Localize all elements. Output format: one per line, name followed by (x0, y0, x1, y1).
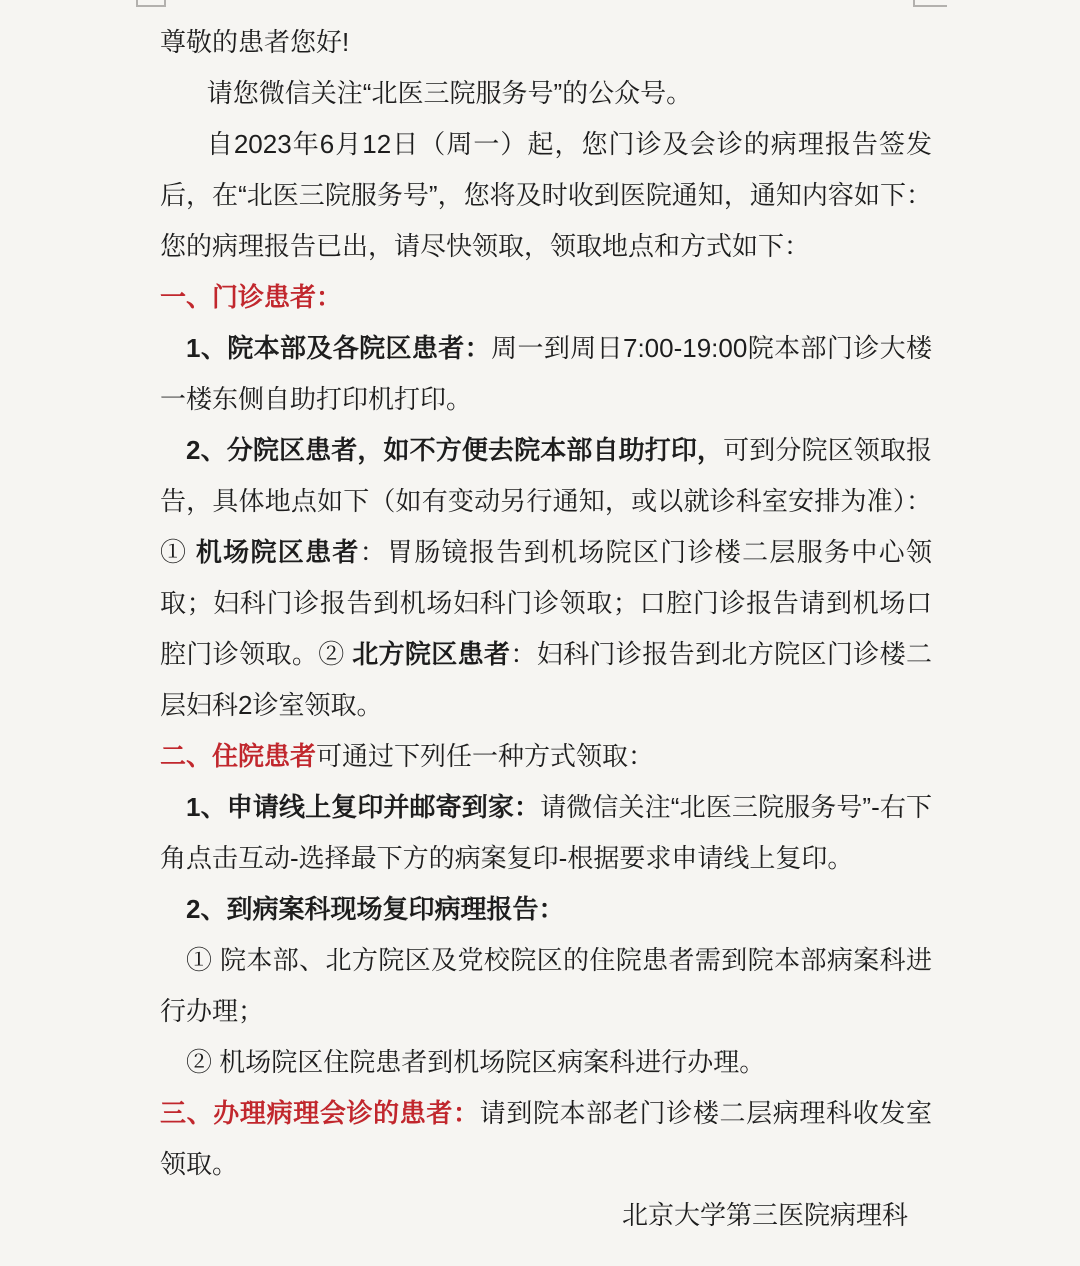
text-segment: 北京大学第三医院病理科 (622, 1200, 908, 1230)
text-segment: 请您微信关注“北医三院服务号”的公众号。 (207, 78, 692, 108)
text-segment: 2、到病案科现场复印病理报告： (186, 894, 564, 924)
text-segment: 尊敬的患者您好! (160, 27, 349, 57)
cropped-box-corner-right (913, 0, 947, 7)
text-segment: ① 院本部、北方院区及党校院区的住院患者需到院本部病案科进行办理； (160, 945, 932, 1026)
text-segment: 可通过下列任一种方式领取： (316, 741, 654, 771)
heading-text-segment: 三、办理病理会诊的患者： (160, 1098, 480, 1128)
text-segment: ② 机场院区住院患者到机场院区病案科进行办理。 (186, 1047, 765, 1077)
section-2-item-2-sub-2: ② 机场院区住院患者到机场院区病案科进行办理。 (160, 1037, 932, 1088)
cropped-box-corner-left (136, 0, 166, 7)
text-segment: 2、分院区患者，如不方便去院本部自助打印， (186, 435, 723, 465)
wechat-follow-line: 请您微信关注“北医三院服务号”的公众号。 (160, 68, 932, 119)
section-2-item-2-sub-1: ① 院本部、北方院区及党校院区的住院患者需到院本部病案科进行办理； (160, 935, 932, 1037)
greeting-line: 尊敬的患者您好! (160, 17, 932, 68)
text-segment: 机场院区患者 (196, 537, 360, 567)
text-segment: 1、院本部及各院区患者： (186, 333, 491, 363)
signature: 北京大学第三医院病理科 (160, 1190, 932, 1241)
text-segment: 北方院区患者 (352, 639, 510, 669)
text-segment: 1、申请线上复印并邮寄到家： (186, 792, 540, 822)
text-segment: 自2023年6月12日（周一）起，您门诊及会诊的病理报告签发后，在“北医三院服务… (160, 129, 932, 261)
intro-paragraph: 自2023年6月12日（周一）起，您门诊及会诊的病理报告签发后，在“北医三院服务… (160, 119, 932, 272)
section-1-item-1: 1、院本部及各院区患者：周一到周日7:00-19:00院本部门诊大楼一楼东侧自助… (160, 323, 932, 425)
notice-body: 尊敬的患者您好!请您微信关注“北医三院服务号”的公众号。自2023年6月12日（… (160, 17, 932, 1241)
section-2-item-1: 1、申请线上复印并邮寄到家：请微信关注“北医三院服务号”-右下角点击互动-选择最… (160, 782, 932, 884)
heading-text-segment: 二、住院患者 (160, 741, 316, 771)
section-1-heading: 一、门诊患者： (160, 272, 932, 323)
heading-text-segment: 一、门诊患者： (160, 282, 342, 312)
section-2-item-2: 2、到病案科现场复印病理报告： (160, 884, 932, 935)
section-2-heading: 二、住院患者可通过下列任一种方式领取： (160, 731, 932, 782)
section-1-item-2: 2、分院区患者，如不方便去院本部自助打印，可到分院区领取报告，具体地点如下（如有… (160, 425, 932, 731)
section-3-heading: 三、办理病理会诊的患者：请到院本部老门诊楼二层病理科收发室领取。 (160, 1088, 932, 1190)
notice-page: 尊敬的患者您好!请您微信关注“北医三院服务号”的公众号。自2023年6月12日（… (0, 0, 1080, 1266)
